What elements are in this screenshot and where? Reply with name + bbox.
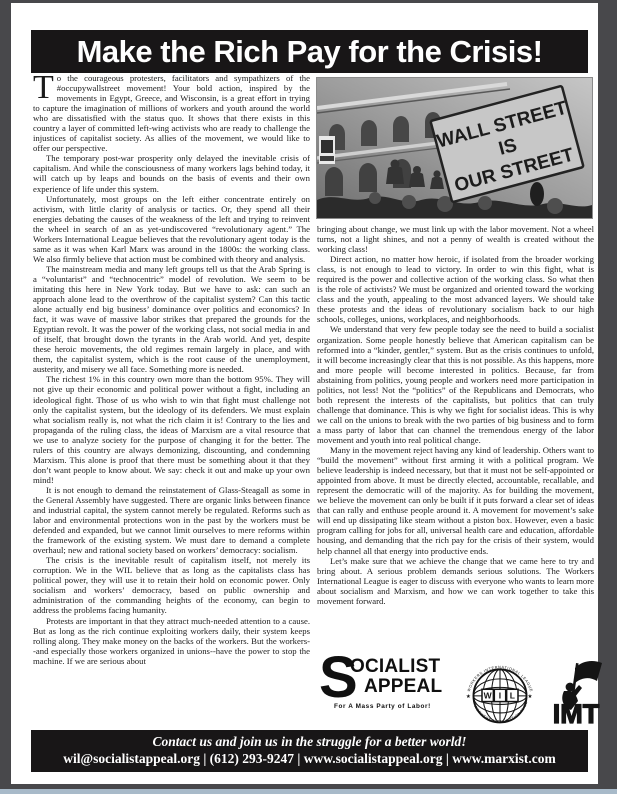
footer-tagline: Contact us and join us in the struggle f… [31, 733, 588, 750]
imt-logo: IMT [545, 655, 607, 727]
paragraph: Direct action, no matter how heroic, if … [317, 254, 594, 324]
paragraph: Protests are important in that they attr… [33, 616, 310, 666]
wil-letter: L [510, 691, 515, 701]
footer-contact-line: wil@socialistappeal.org | (612) 293-9247… [31, 750, 588, 768]
wil-letter: I [499, 691, 501, 701]
socialist-appeal-word1: OCIALIST [350, 656, 440, 678]
paragraph: The richest 1% in this country own more … [33, 374, 310, 485]
paragraph: The crisis is the inevitable result of c… [33, 555, 310, 615]
paragraph: Unfortunately, most groups on the left e… [33, 194, 310, 264]
paragraph: The temporary post-war prosperity only d… [33, 153, 310, 193]
paragraph: We understand that very few people today… [317, 324, 594, 445]
right-column: WALL STREET IS OUR STREET bringing about… [317, 78, 594, 653]
protest-photo: WALL STREET IS OUR STREET [317, 78, 592, 218]
title-banner: Make the Rich Pay for the Crisis! [31, 30, 588, 73]
footer-banner: Contact us and join us in the struggle f… [31, 730, 588, 772]
logos-row: S OCIALIST APPEAL For A Mass Party of La… [317, 653, 597, 727]
wil-globe-logo: W I L ★ ★ WORKERS INTERNATIONAL LEAGUE W… [460, 658, 540, 730]
left-column: To the courageous protesters, facilitato… [33, 73, 310, 726]
paragraph: Let’s make sure that we achieve the chan… [317, 556, 594, 606]
socialist-appeal-tagline: For A Mass Party of Labor! [334, 703, 431, 710]
socialist-appeal-logo: S OCIALIST APPEAL For A Mass Party of La… [319, 653, 443, 727]
leaflet-page: Make the Rich Pay for the Crisis! To the… [11, 3, 598, 784]
wil-letter-boxes: W I L [482, 689, 518, 701]
lead-paragraph: To the courageous protesters, facilitato… [33, 73, 310, 153]
small-poster-figure [321, 140, 333, 153]
imt-label: IMT [553, 699, 600, 727]
drop-cap: T [33, 73, 57, 101]
paragraph: The mainstream media and many left group… [33, 264, 310, 375]
scan-edge-strip [0, 789, 617, 794]
protest-photo-graphic: WALL STREET IS OUR STREET [317, 78, 592, 218]
lead-paragraph-text: o the courageous protesters, facilitator… [33, 73, 310, 153]
microphone-icon [530, 182, 544, 206]
wil-letter: W [484, 691, 493, 701]
right-column-text: bringing about change, we must link up w… [317, 224, 594, 653]
small-poster-text [320, 156, 334, 161]
paragraph: It is not enough to demand the reinstate… [33, 485, 310, 555]
svg-text:★: ★ [466, 693, 471, 700]
socialist-appeal-word2: APPEAL [364, 676, 442, 698]
paragraph: bringing about change, we must link up w… [317, 224, 594, 254]
svg-text:★: ★ [527, 693, 532, 700]
paragraph: Many in the movement reject having any k… [317, 445, 594, 556]
page-title: Make the Rich Pay for the Crisis! [77, 34, 543, 69]
